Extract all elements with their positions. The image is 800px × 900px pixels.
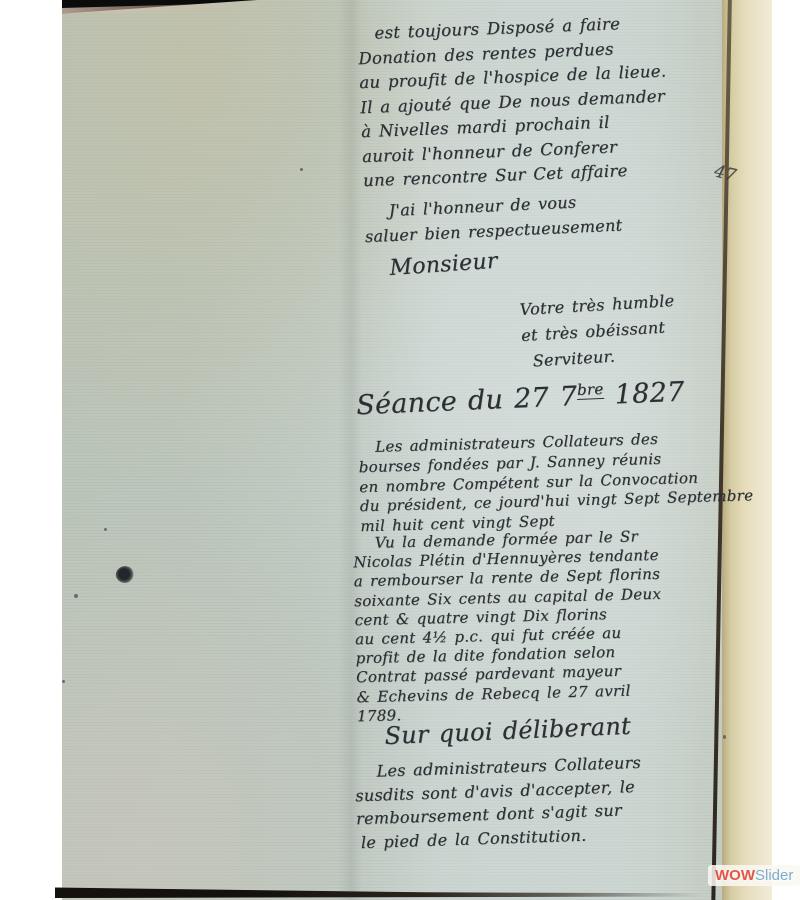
wowslider-slider-text: Slider [755,865,793,886]
session-heading-year: 1827 [603,377,685,411]
session-paragraph: Les administrateurs Collateurs des bours… [358,427,754,537]
session-heading-superscript: bre [577,380,604,400]
session-heading: Séance du 27 7bre 1827 [356,377,686,422]
marginal-mark: 47 [712,161,738,186]
handwriting-layer: est toujours Disposé a faire Donation de… [0,0,800,900]
signature-block: Votre très humble et très obéissant Serv… [519,288,678,375]
wowslider-wow-text: WOW [715,865,755,886]
deliberation-paragraph: Les administrateurs Collateurs susdits s… [354,751,644,854]
address-line: Monsieur [389,249,499,281]
salutation-paragraph: J'ai l'honneur de vous saluer bien respe… [388,188,623,248]
session-heading-text: Séance du 27 7 [356,381,578,421]
wowslider-watermark[interactable]: WOWSlider [708,865,800,886]
closing-paragraph: est toujours Disposé a faire Donation de… [357,10,671,193]
manuscript-photo: est toujours Disposé a faire Donation de… [0,0,800,900]
request-paragraph: Vu la demande formée par le Sr Nicolas P… [353,527,665,726]
